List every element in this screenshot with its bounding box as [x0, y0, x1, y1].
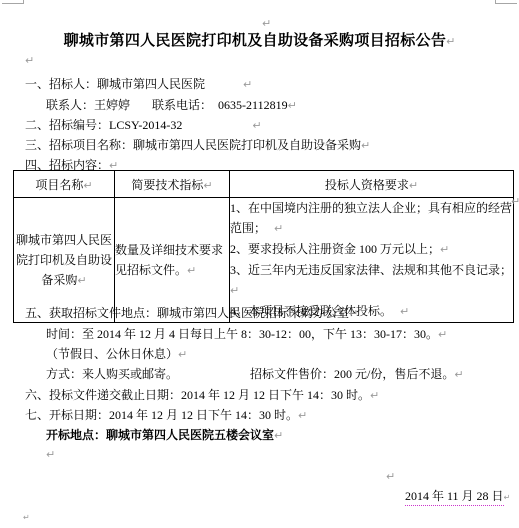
method-price-line: 方式：来人购买或邮寄。招标文件售价：200 元/份，售后不退。↵: [46, 367, 464, 382]
announcement-date: 2014 年 11 月 28 日: [405, 489, 504, 506]
table-header-row: 项目名称↵ 简要技术指标↵ 投标人资格要求↵: [14, 171, 514, 198]
page-corner-mark-top-left-v: [23, 0, 24, 4]
page-corner-mark-top-left-h: [2, 3, 24, 4]
price-text: 招标文件售价：200 元/份，售后不退。: [250, 367, 454, 381]
paragraph-mark-icon: ↵: [288, 99, 297, 112]
page-corner-mark-top-right-h: [495, 3, 517, 4]
paragraph-mark-icon: ↵: [274, 222, 283, 235]
table-row: 聊城市第四人民医院打印机及自助设备采购↵ 数量及详细技术要求见招标文件。↵ 1、…: [14, 198, 514, 323]
paragraph-mark-icon: ↵: [361, 139, 370, 152]
paragraph-mark-icon: ↵: [203, 179, 212, 192]
item-5-doc-place-line: 五、获取招标文件地点：聊城市第四人民医院招标采购办公室↵: [25, 306, 358, 321]
project-name-value: 聊城市第四人民医院打印机及自助设备采购: [16, 233, 112, 287]
qualification-item: 2、要求投标人注册资金 100 万元以上；↵: [230, 239, 513, 260]
project-name-text: 三、招标项目名称：聊城市第四人民医院打印机及自助设备采购: [25, 138, 361, 152]
paragraph-mark-icon: ↵: [440, 243, 449, 256]
paragraph-mark-icon: ↵: [400, 305, 409, 318]
doc-place-text: 五、获取招标文件地点：聊城市第四人民医院招标采购办公室: [25, 306, 349, 320]
qualification-item: 1、在中国境内注册的独立法人企业；具有相应的经营范围；↵: [230, 198, 513, 239]
item-7-open-date-line: 七、开标日期：2014 年 12 月 12 日下午 14：30 时。↵: [25, 408, 307, 423]
paragraph-mark-icon: ↵: [274, 429, 283, 442]
tender-content-table: 项目名称↵ 简要技术指标↵ 投标人资格要求↵ 聊城市第四人民医院打印机及自助设备…: [13, 170, 514, 323]
qualification-text: 1、在中国境内注册的独立法人企业；具有相应的经营范围；: [230, 201, 512, 235]
paragraph-mark-icon: ↵: [298, 409, 307, 422]
open-place-line: 开标地点：聊城市第四人民医院五楼会议室↵: [46, 428, 283, 443]
paragraph-mark-icon: ↵: [454, 368, 463, 381]
header-label: 简要技术指标: [131, 178, 203, 192]
time-text: 时间：至 2014 年 12 月 4 日每日上午 8：30-12：00，下午 1…: [46, 327, 438, 341]
paragraph-mark-icon: ↵: [46, 448, 55, 461]
paragraph-mark-icon: ↵: [230, 284, 239, 297]
method-text: 方式：来人购买或邮寄。: [46, 367, 178, 381]
item-3-project-name-line: 三、招标项目名称：聊城市第四人民医院打印机及自助设备采购↵: [25, 138, 370, 153]
time-line: 时间：至 2014 年 12 月 4 日每日上午 8：30-12：00，下午 1…: [46, 327, 447, 342]
item-1-bidder-line: 一、招标人：聊城市第四人民医院↵: [25, 77, 252, 92]
qualification-text: 3、近三年内无违反国家法律、法规和其他不良记录；: [230, 263, 512, 277]
header-label: 投标人资格要求: [325, 178, 409, 192]
tech-spec-value: 数量及详细技术要求见招标文件。: [115, 243, 223, 277]
contact-line: 联系人：王婷婷联系电话：0635-2112819↵: [46, 98, 297, 113]
bidder-text: 一、招标人：聊城市第四人民医院: [25, 77, 205, 91]
document-title-row: 聊城市第四人民医院打印机及自助设备采购项目招标公告↵: [0, 29, 519, 50]
deadline-text: 六、投标文件递交截止日期：2014 年 12 月 12 日下午 14：30 时。: [25, 388, 370, 402]
header-cell-qualifications: 投标人资格要求↵: [230, 171, 514, 198]
paragraph-mark-icon: ↵: [349, 307, 358, 320]
phone-number: 0635-2112819: [218, 98, 288, 112]
table-row-end-mark-icon: ↵: [511, 195, 519, 208]
paragraph-mark-icon: ↵: [252, 119, 261, 132]
paragraph-mark-icon: ↵: [370, 389, 379, 402]
page-end-mark-icon: ↵: [23, 513, 30, 522]
contact-name: 王婷婷: [94, 98, 130, 112]
qualification-text: 2、要求投标人注册资金 100 万元以上；: [230, 242, 440, 256]
holiday-line: （节假日、公休日休息）↵: [46, 347, 187, 362]
qualification-item: 3、近三年内无违反国家法律、法规和其他不良记录；↵: [230, 260, 513, 301]
page-corner-mark-top-right-v: [495, 0, 496, 4]
paragraph-mark-icon: ↵: [187, 264, 196, 277]
item-6-deadline-line: 六、投标文件递交截止日期：2014 年 12 月 12 日下午 14：30 时。…: [25, 388, 379, 403]
header-label: 项目名称: [35, 178, 83, 192]
paragraph-mark-icon: ↵: [504, 493, 511, 502]
paragraph-mark-icon: ↵: [386, 470, 395, 483]
item-2-tender-no-line: 二、招标编号：LCSY-2014-32↵: [25, 118, 262, 133]
open-date-text: 七、开标日期：2014 年 12 月 12 日下午 14：30 时。: [25, 408, 298, 422]
paragraph-mark-icon: ↵: [77, 274, 86, 287]
cell-tech-spec: 数量及详细技术要求见招标文件。↵: [115, 198, 230, 323]
open-place-text: 开标地点：聊城市第四人民医院五楼会议室: [46, 428, 274, 442]
contact-label: 联系人：: [46, 98, 94, 112]
paragraph-mark-icon: ↵: [178, 348, 187, 361]
paragraph-mark-icon: ↵: [409, 179, 418, 192]
holiday-text: （节假日、公休日休息）: [46, 347, 178, 361]
header-cell-project-name: 项目名称↵: [14, 171, 115, 198]
page-title: 聊城市第四人民医院打印机及自助设备采购项目招标公告: [64, 33, 447, 49]
cell-qualifications: 1、在中国境内注册的独立法人企业；具有相应的经营范围；↵ 2、要求投标人注册资金…: [230, 198, 514, 323]
cell-project-name: 聊城市第四人民医院打印机及自助设备采购↵: [14, 198, 115, 323]
tender-no-text: 二、招标编号：LCSY-2014-32: [25, 118, 182, 132]
announcement-date-line: 2014 年 11 月 28 日↵: [405, 487, 510, 504]
paragraph-mark-icon: ↵: [446, 35, 455, 48]
header-cell-tech-spec: 简要技术指标↵: [115, 171, 230, 198]
paragraph-mark-icon: ↵: [438, 328, 447, 341]
paragraph-mark-icon: ↵: [243, 78, 252, 91]
paragraph-mark-icon: ↵: [25, 54, 34, 67]
paragraph-mark-icon: ↵: [83, 179, 92, 192]
phone-label: 联系电话：: [152, 98, 212, 112]
